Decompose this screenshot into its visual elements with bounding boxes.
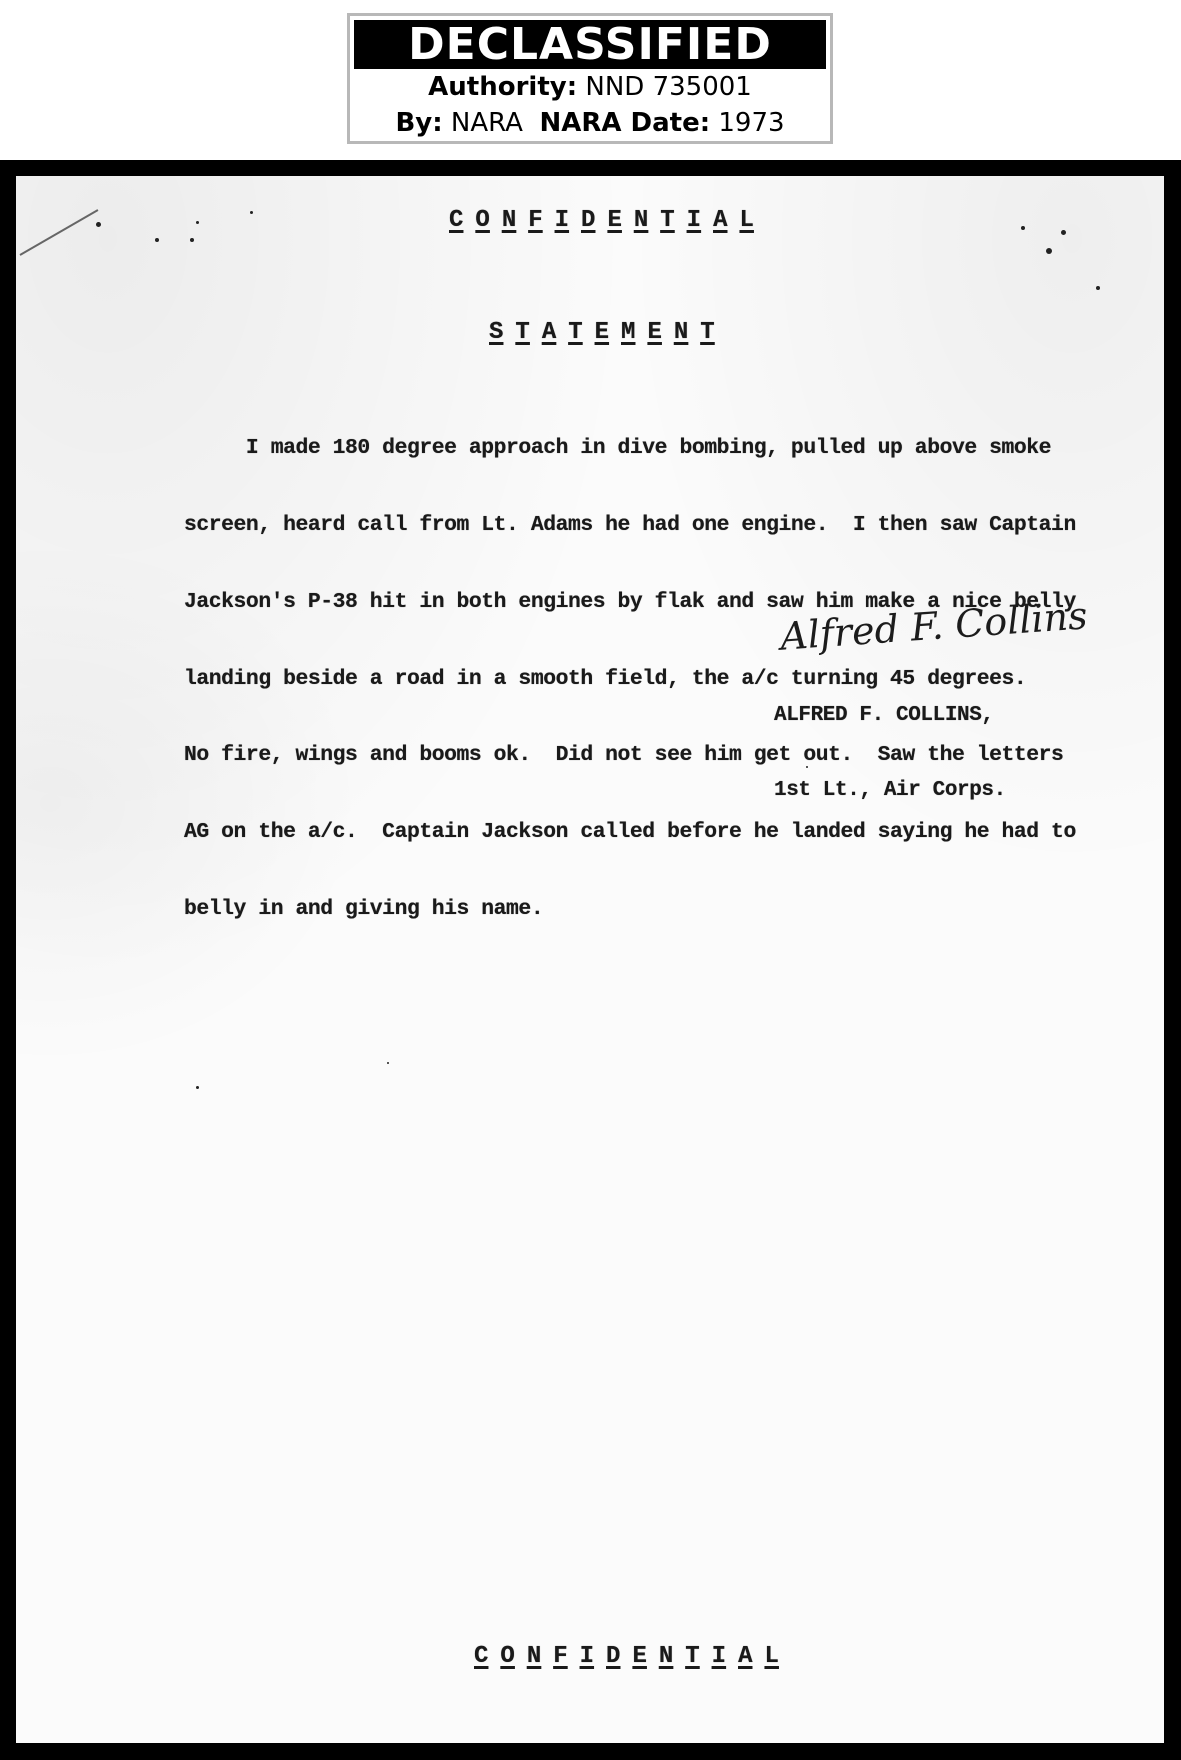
heading-letter: N	[634, 207, 648, 234]
authority-label: Authority:	[428, 72, 577, 102]
scanned-page-frame: CONFIDENTIAL STATEMENT I made 180 degree…	[0, 160, 1181, 1760]
heading-letter: L	[739, 207, 753, 234]
body-line: I made 180 degree approach in dive bombi…	[184, 436, 1076, 462]
heading-letter: E	[607, 207, 621, 234]
stamp-title: DECLASSIFIED	[354, 20, 826, 69]
heading-letter: O	[475, 207, 489, 234]
body-line: screen, heard call from Lt. Adams he had…	[184, 513, 1076, 539]
heading-letter: E	[595, 319, 609, 346]
heading-letter: A	[713, 207, 727, 234]
by-label: By:	[395, 108, 442, 138]
heading-letter: A	[542, 319, 556, 346]
heading-letter: L	[764, 1643, 778, 1670]
heading-letter: T	[685, 1643, 699, 1670]
stamp-authority: Authority: NND 735001	[350, 72, 830, 102]
document-page: CONFIDENTIAL STATEMENT I made 180 degree…	[16, 176, 1164, 1743]
heading-letter: I	[555, 207, 569, 234]
scan-speck	[250, 211, 253, 214]
signature-block: ALFRED F. COLLINS, 1st Lt., Air Corps.	[774, 653, 1006, 853]
heading-letter: O	[500, 1643, 514, 1670]
heading-letter: T	[700, 319, 714, 346]
heading-letter: F	[528, 207, 542, 234]
scan-speck	[1061, 230, 1066, 235]
heading-letter: N	[502, 207, 516, 234]
heading-letter: T	[515, 319, 529, 346]
heading-letter: D	[581, 207, 595, 234]
heading-letter: T	[568, 319, 582, 346]
scan-speck	[190, 238, 194, 242]
scan-speck	[1021, 226, 1025, 230]
heading-letter: C	[474, 1643, 488, 1670]
heading-letter: A	[738, 1643, 752, 1670]
heading-letter: N	[659, 1643, 673, 1670]
heading-letter: E	[632, 1643, 646, 1670]
scan-speck	[196, 1086, 199, 1089]
heading-letter: I	[687, 207, 701, 234]
authority-value: NND 735001	[585, 72, 751, 102]
scan-speck	[155, 238, 159, 242]
heading-letter: E	[647, 319, 661, 346]
statement-heading: STATEMENT	[489, 319, 727, 346]
stamp-by-date: By: NARA NARA Date: 1973	[350, 108, 830, 138]
heading-letter: N	[674, 319, 688, 346]
scan-speck	[1096, 286, 1100, 290]
heading-letter: D	[606, 1643, 620, 1670]
scan-speck	[1046, 248, 1052, 254]
date-label: NARA Date:	[539, 108, 710, 138]
scan-speck	[806, 766, 808, 768]
declassified-stamp: DECLASSIFIED Authority: NND 735001 By: N…	[347, 13, 833, 144]
scan-scratch	[20, 209, 99, 256]
classification-header: CONFIDENTIAL	[449, 207, 766, 234]
classification-footer: CONFIDENTIAL	[474, 1643, 791, 1670]
signer-rank: 1st Lt., Air Corps.	[774, 778, 1006, 803]
heading-letter: I	[712, 1643, 726, 1670]
date-value: 1973	[718, 108, 784, 138]
scan-speck	[96, 222, 101, 227]
heading-letter: F	[553, 1643, 567, 1670]
heading-letter: C	[449, 207, 463, 234]
scan-speck	[196, 221, 199, 224]
body-line: belly in and giving his name.	[184, 897, 1076, 923]
heading-letter: S	[489, 319, 503, 346]
heading-letter: M	[621, 319, 635, 346]
heading-letter: T	[660, 207, 674, 234]
scan-speck	[387, 1062, 389, 1064]
heading-letter: N	[527, 1643, 541, 1670]
heading-letter: I	[580, 1643, 594, 1670]
signer-name: ALFRED F. COLLINS,	[774, 703, 1006, 728]
by-value: NARA	[451, 108, 523, 138]
